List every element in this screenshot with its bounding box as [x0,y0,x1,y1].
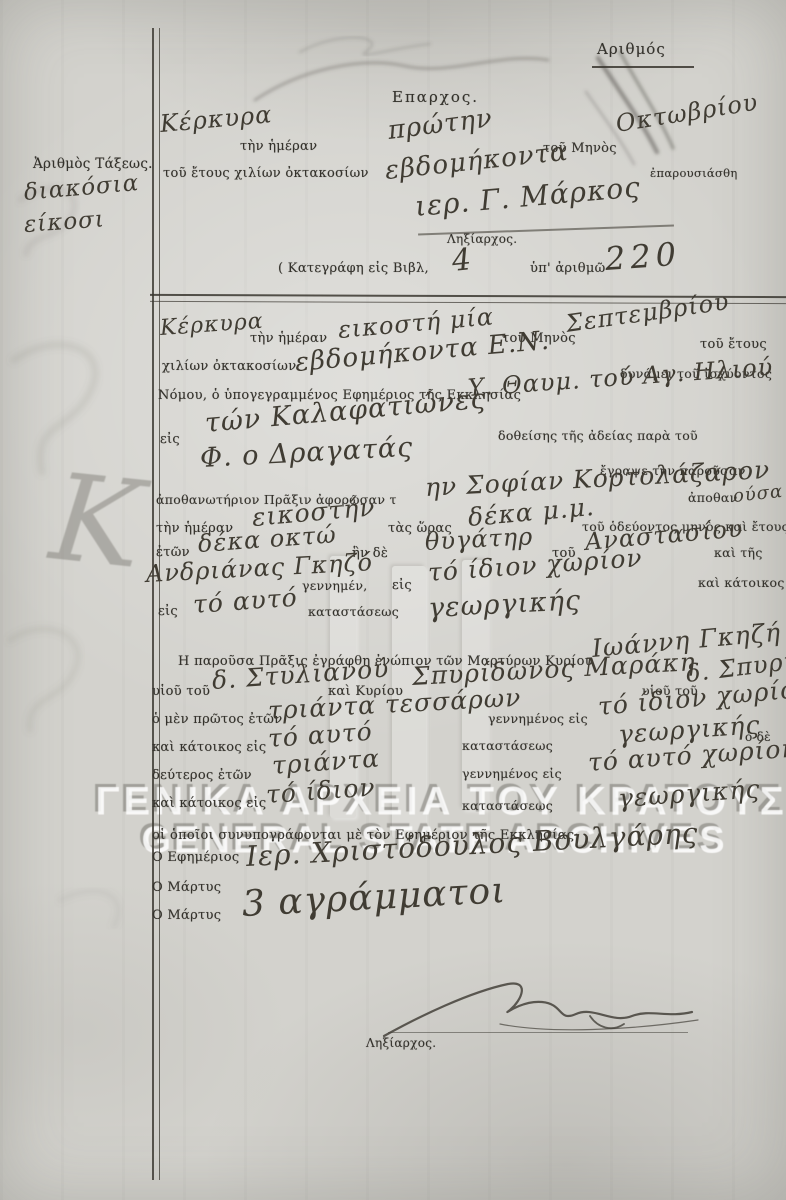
act-permission-label: δοθείσης τῆς ἀδείας παρὰ τοῦ [498,428,698,443]
number-label: Αριθμός [597,40,666,58]
witness2-resident-label: καὶ κάτοικος εἰς [152,796,266,811]
priest-signature-label: Ο Εφημέριος [152,850,240,865]
header-presented-label: ἐπαρουσιάσθη [650,166,738,180]
registration-number-handwritten: 220 [604,235,683,278]
number-underline [592,66,694,68]
book-number-handwritten: 4 [450,242,474,279]
act-and-of-label: καὶ τῆς [714,545,763,560]
witness2-signature-label: Ο Μάρτυς [152,908,221,923]
witness2-age-label: δεύτερος ἐτῶν [152,768,252,783]
under-number-label: ὑπ' ἀριθμῶ [530,261,606,276]
footer-registrar-label: Ληξίαρχος. [366,1036,436,1050]
witness2-born-label: γεννημένος εἰς [462,766,562,781]
eparch-label: Επαρχος. [392,88,479,106]
witness1-resident-label: καὶ κάτοικος εἰς [152,740,266,755]
act-born-at-label: εἰς [392,578,412,593]
act-resident-at-label: εἰς [158,604,178,619]
act-died-label: ἀποθαν [688,490,738,505]
margin-pencil-mark: K [45,448,150,596]
act-day-label: τὴν ἡμέραν [250,331,327,346]
scanned-death-record-page: ΓΕΝΙΚΑ ΑΡΧΕΙΑ ΤΟΥ ΚΡΑΤΟΥΣ GENERAL STATE … [0,0,786,1200]
registrar-signature-line [388,1032,688,1033]
witness1-status-label: καταστάσεως [462,738,553,753]
header-day-label: τὴν ἡμέραν [240,139,317,154]
witness1-born-label: γεννημένος εἰς [488,711,588,726]
recorded-in-book-label: ( Κατεγράφη εἰς Βιβλ, [278,261,429,276]
act-year-label-2: χιλίων ὀκτακοσίων [162,359,296,374]
act-status-label: καταστάσεως [308,604,399,619]
act-at-label: εἰς [160,432,180,447]
header-year-label: τοῦ ἔτους χιλίων ὀκτακοσίων [163,166,369,181]
act-resident-label: καὶ κάτοικος [698,575,785,590]
act-year-label-1: τοῦ ἔτους [700,337,767,352]
witness1-signature-label: Ο Μάρτυς [152,880,221,895]
act-born-label: γεννημέν, [302,578,368,593]
witness1-son-of-label: υἱοῦ τοῦ [152,684,210,699]
witness2-status-label: καταστάσεως [462,798,553,813]
witness1-age-label: ὁ μὲν πρῶτος ἐτῶν [152,712,282,727]
